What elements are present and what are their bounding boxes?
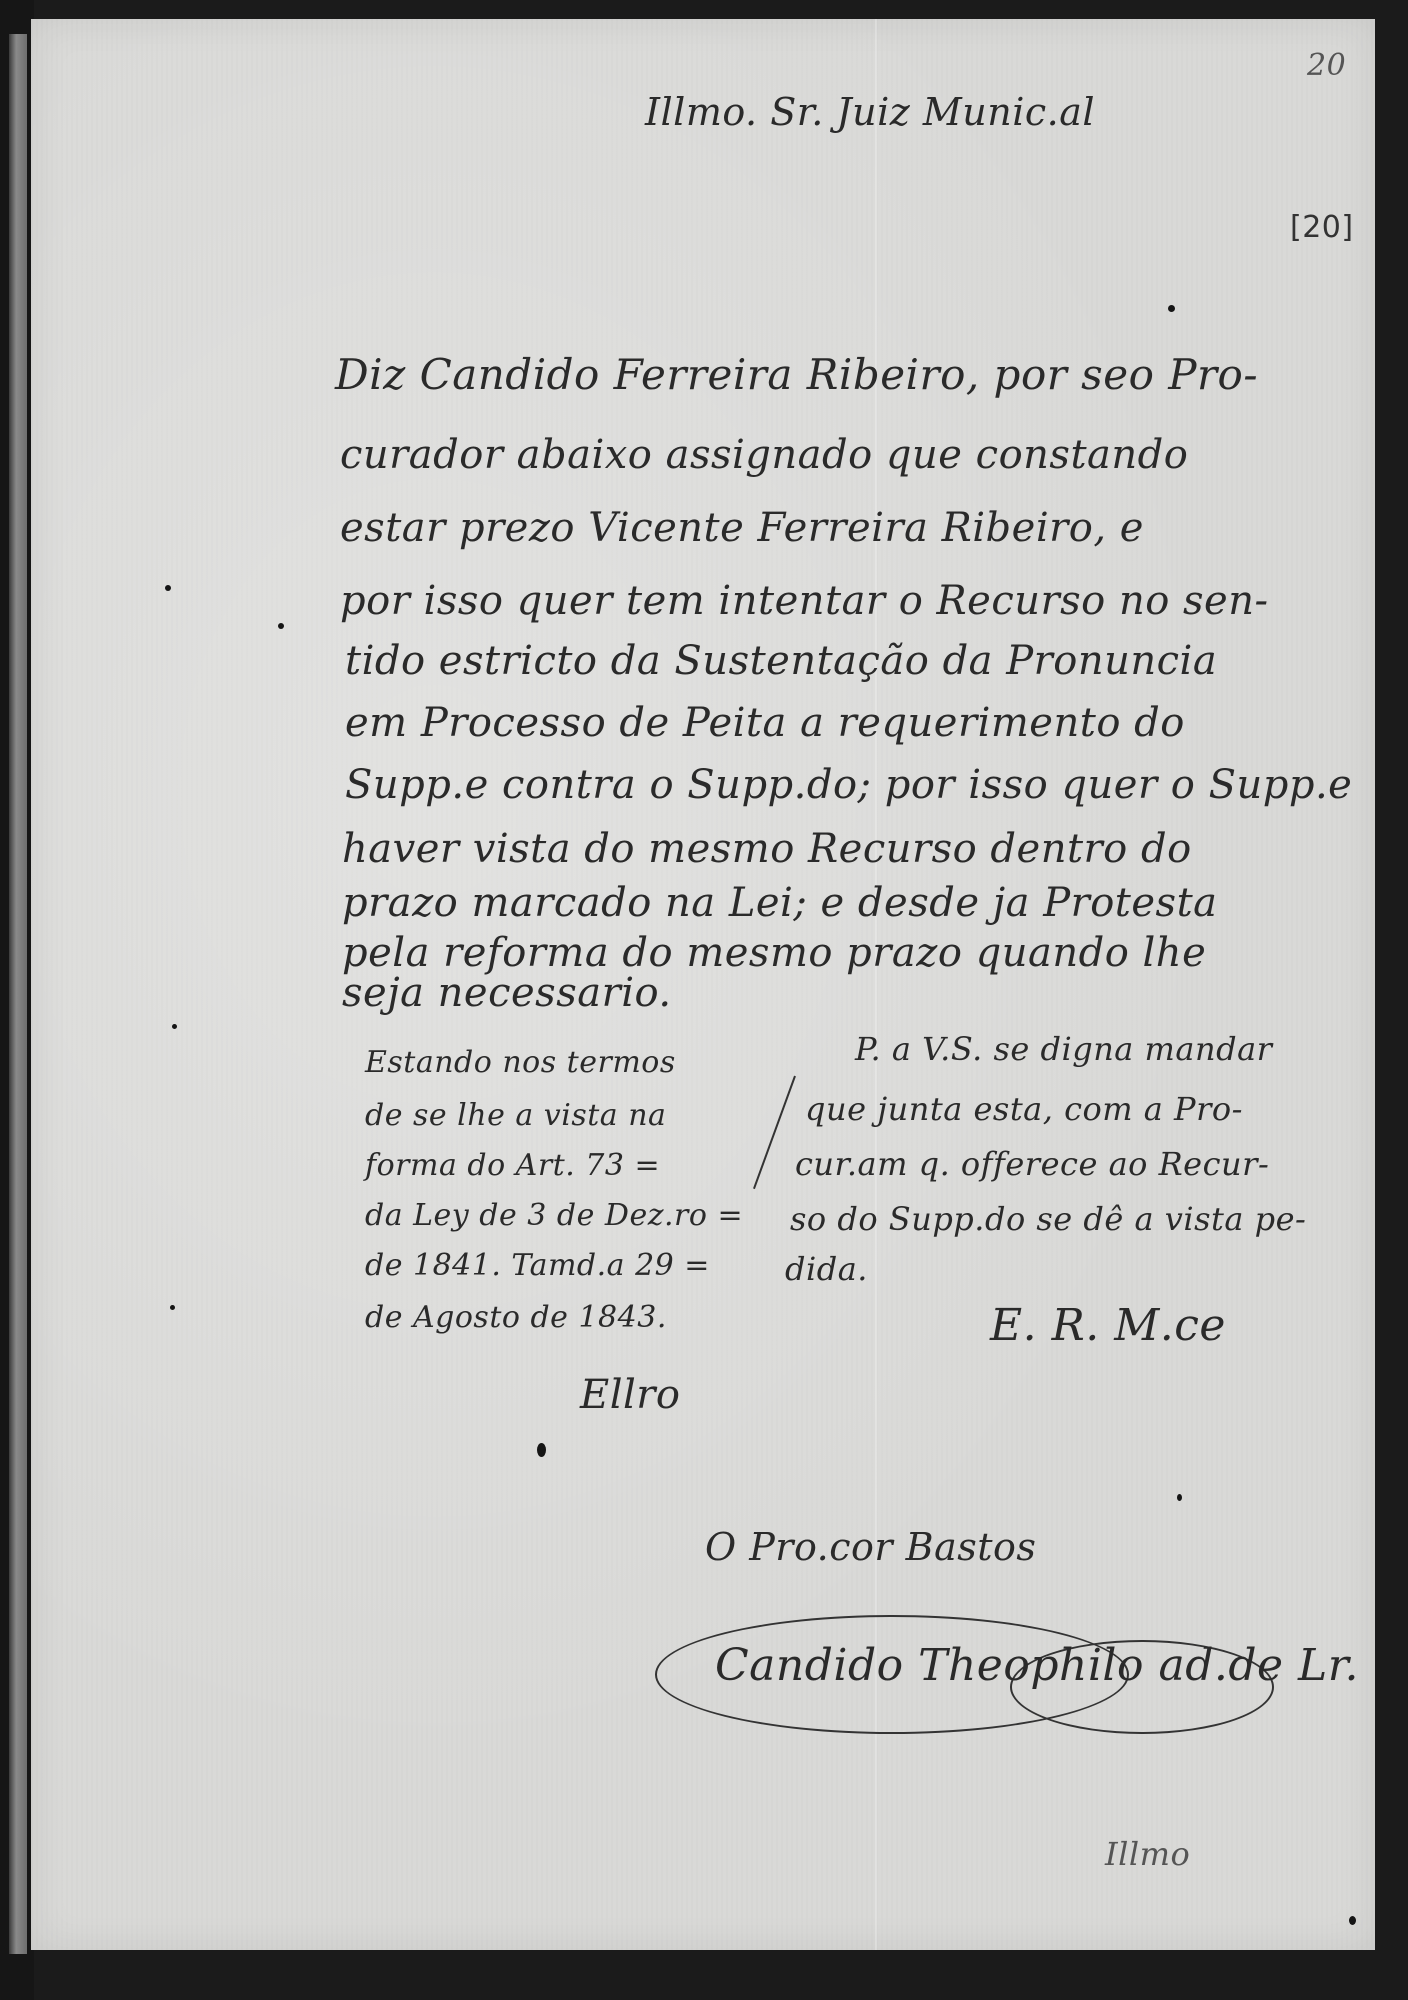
dispatch-line: forma do Art. 73 =	[365, 1148, 660, 1183]
ink-speck	[278, 623, 284, 629]
ink-speck	[1177, 1494, 1182, 1501]
book-binding	[0, 0, 34, 2000]
request-line: que junta esta, com a Pro-	[805, 1090, 1243, 1128]
petition-line: haver vista do mesmo Recurso dentro do	[342, 826, 1192, 872]
archive-stamp: [20]	[1290, 210, 1354, 245]
petition-line: tido estricto da Sustentação da Pronunci…	[345, 638, 1217, 684]
petition-line: Supp.e contra o Supp.do; por isso quer o…	[345, 762, 1352, 808]
ink-speck	[1349, 1916, 1356, 1925]
ink-speck	[170, 1305, 175, 1310]
petition-line: seja necessario.	[342, 970, 672, 1016]
attorney-line: O Pro.cor Bastos	[705, 1525, 1036, 1569]
request-line: dida.	[785, 1250, 868, 1288]
petition-line: curador abaixo assignado que constando	[340, 432, 1188, 478]
ink-speck	[165, 585, 171, 591]
request-line: cur.am q. offerece ao Recur-	[795, 1145, 1269, 1183]
request-line: so do Supp.do se dê a vista pe-	[790, 1200, 1306, 1238]
ink-speck	[537, 1443, 546, 1457]
dispatch-line: de se lhe a vista na	[365, 1098, 666, 1133]
attorney-signature: Candido Theophilo ad.de Lr.	[715, 1640, 1359, 1691]
ink-speck	[1168, 305, 1175, 312]
dispatch-line: de 1841. Tamd.a 29 =	[365, 1248, 710, 1283]
folio-number: 20	[1307, 48, 1346, 83]
request-closing: E. R. M.ce	[990, 1300, 1226, 1351]
petition-line: em Processo de Peita a requerimento do	[345, 700, 1185, 746]
dispatch-line: Estando nos termos	[365, 1045, 676, 1080]
petition-line: Diz Candido Ferreira Ribeiro, por seo Pr…	[335, 350, 1258, 399]
dispatch-line: de Agosto de 1843.	[365, 1300, 667, 1335]
dispatch-signature: Ellro	[580, 1372, 681, 1418]
petition-line: por isso quer tem intentar o Recurso no …	[340, 578, 1268, 624]
petition-line: prazo marcado na Lei; e desde ja Protest…	[342, 880, 1218, 926]
request-line: P. a V.S. se digna mandar	[855, 1030, 1272, 1068]
ink-speck	[172, 1024, 177, 1029]
petition-line: estar prezo Vicente Ferreira Ribeiro, e	[340, 505, 1144, 551]
binding-strip	[9, 34, 27, 1954]
catchword: Illmo	[1105, 1835, 1190, 1873]
dispatch-line: da Ley de 3 de Dez.ro =	[365, 1198, 743, 1233]
salutation: Illmo. Sr. Juiz Munic.al	[645, 90, 1095, 134]
